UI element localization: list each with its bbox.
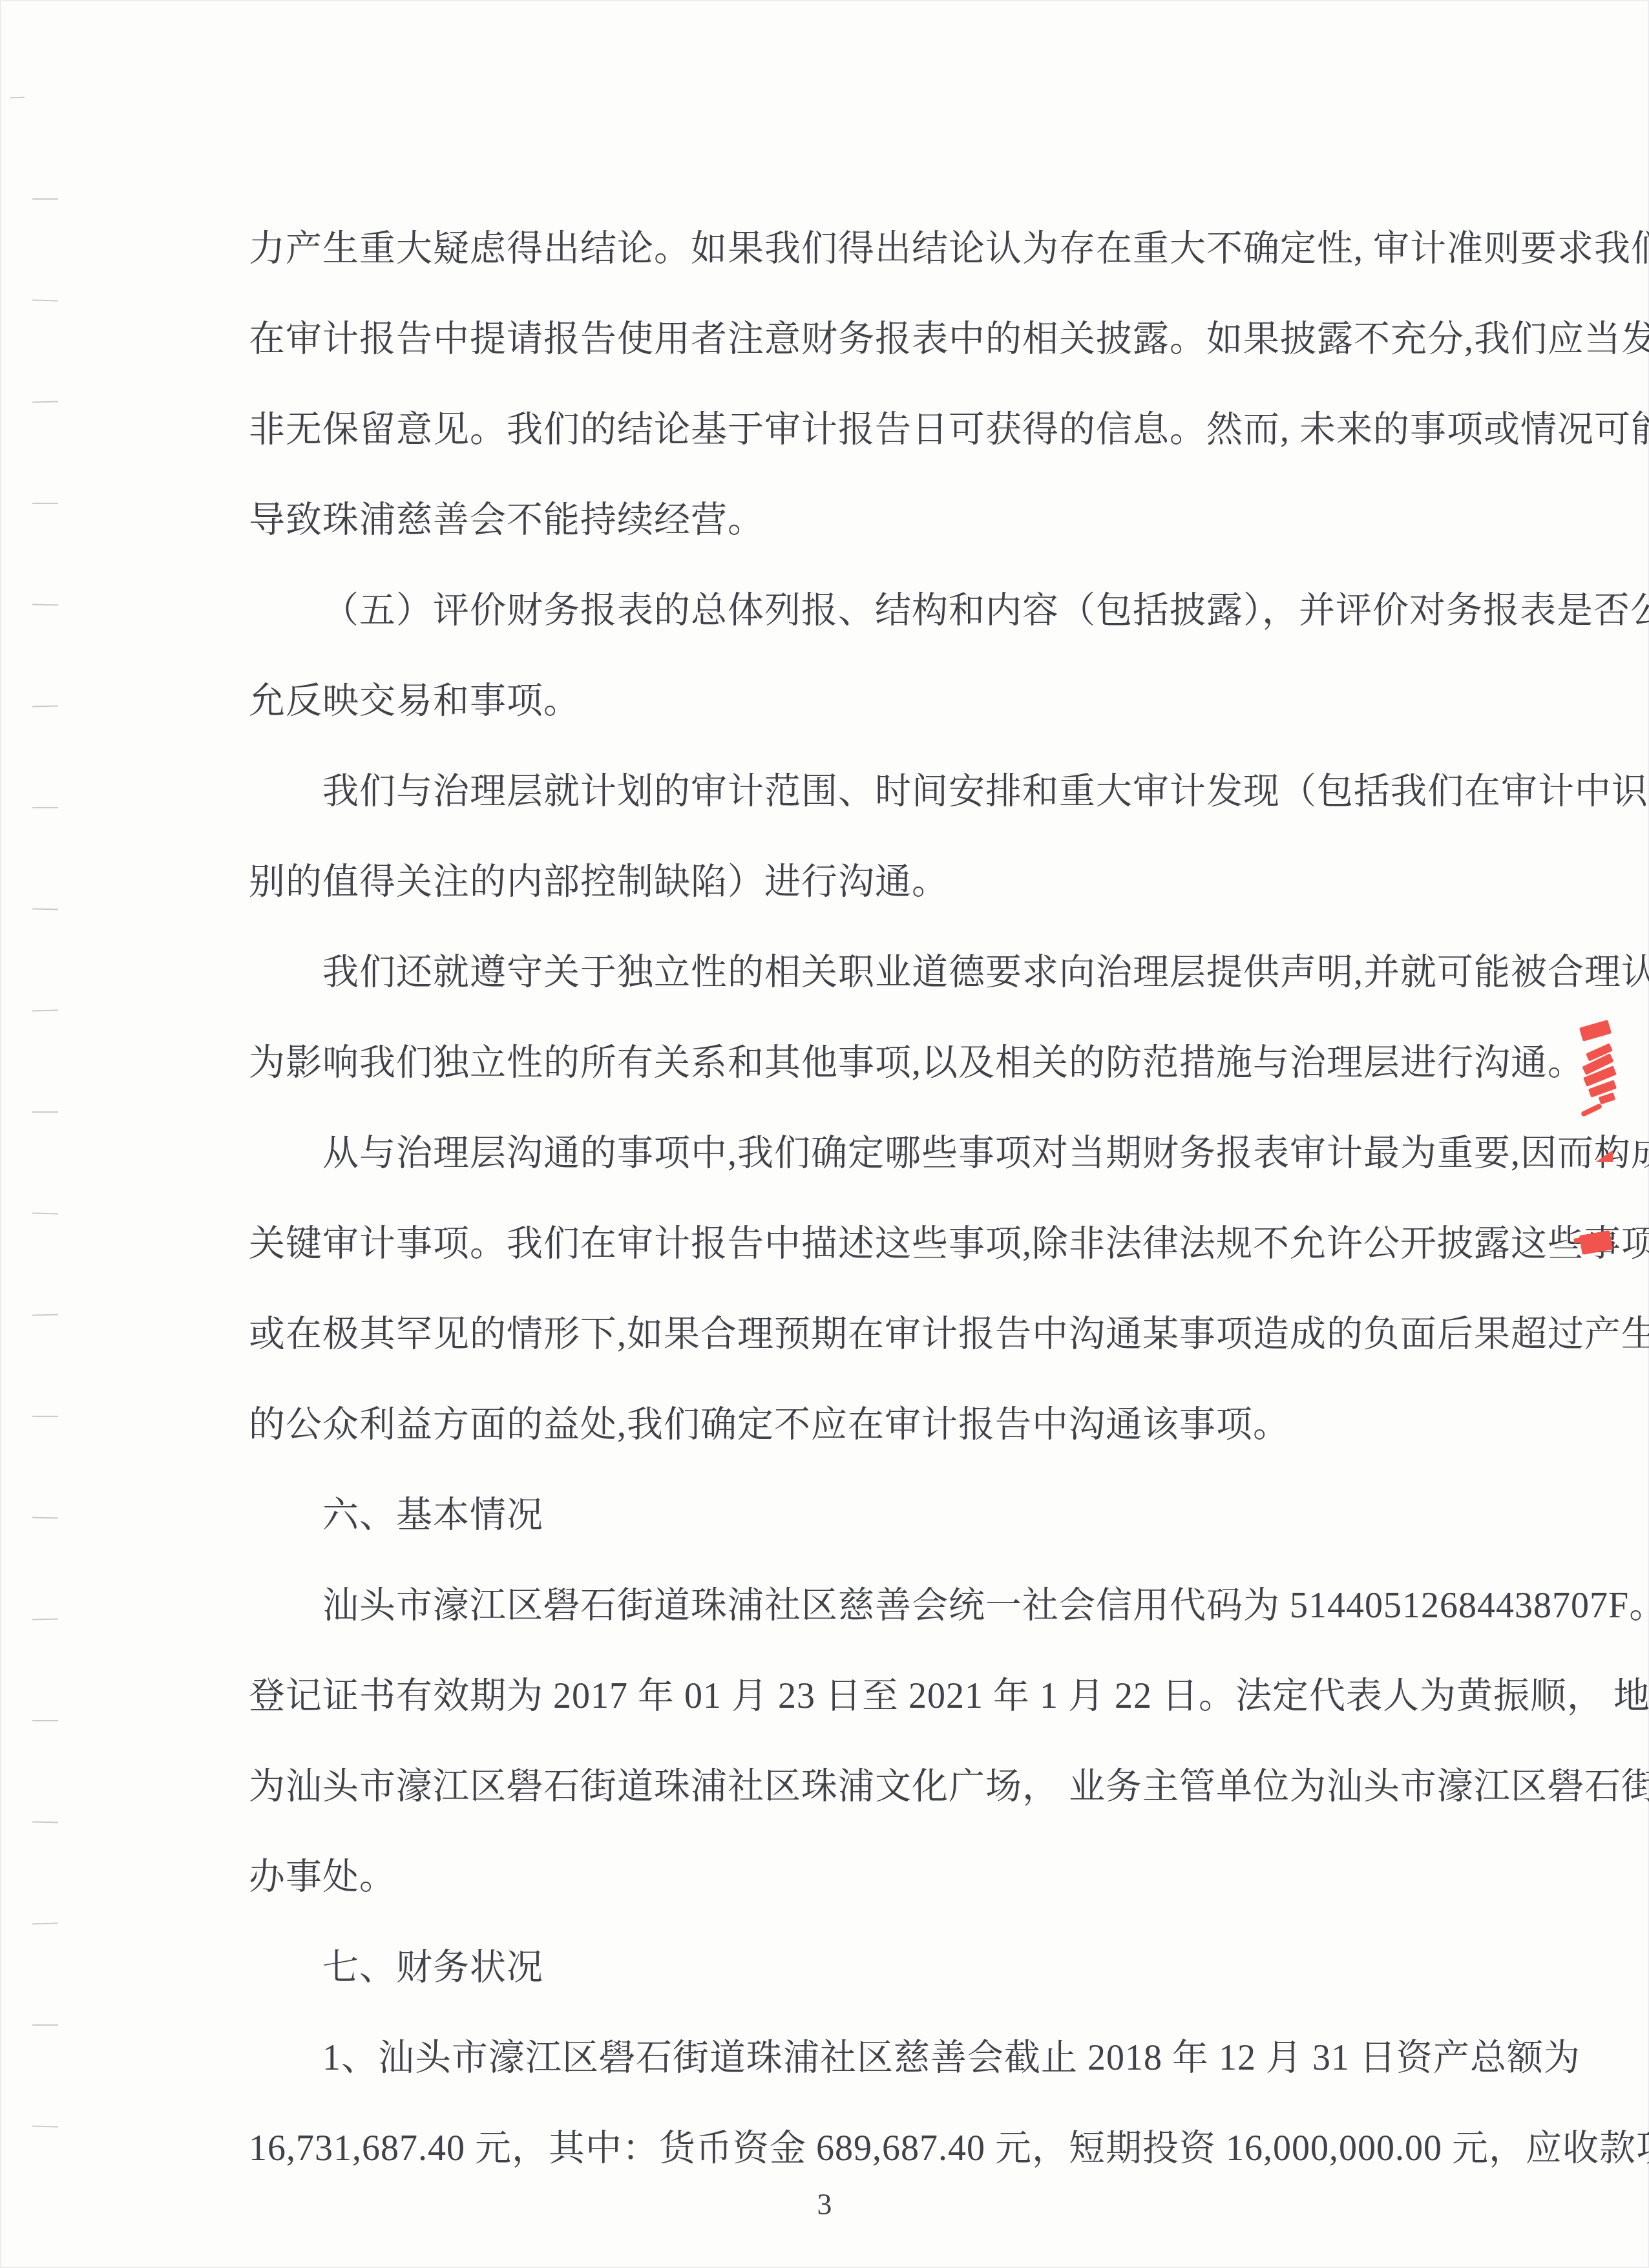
body-line: 允反映交易和事项。 — [249, 656, 1499, 746]
body-line: 汕头市濠江区礐石街道珠浦社区慈善会统一社会信用代码为 5144051268443… — [249, 1560, 1499, 1651]
binding-mark — [32, 2024, 58, 2026]
binding-mark — [32, 1009, 58, 1011]
body-line: 1、汕头市濠江区礐石街道珠浦社区慈善会截止 2018 年 12 月 31 日资产… — [249, 2013, 1499, 2103]
body-line: 或在极其罕见的情形下,如果合理预期在审计报告中沟通某事项造成的负面后果超过产生 — [249, 1289, 1499, 1380]
binding-mark — [32, 1212, 58, 1214]
body-line: 导致珠浦慈善会不能持续经营。 — [249, 475, 1499, 565]
body-line: 为汕头市濠江区礐石街道珠浦社区珠浦文化广场， 业务主管单位为汕头市濠江区礐石街道 — [249, 1741, 1499, 1832]
body-line: 我们与治理层就计划的审计范围、时间安排和重大审计发现（包括我们在审计中识 — [249, 746, 1499, 837]
binding-mark — [32, 1821, 58, 1823]
binding-mark — [32, 604, 58, 605]
body-line: 的公众利益方面的益处,我们确定不应在审计报告中沟通该事项。 — [249, 1380, 1499, 1470]
binding-mark — [32, 1416, 58, 1417]
binding-mark — [32, 705, 58, 707]
binding-mark — [32, 1517, 58, 1518]
body-line: 关键审计事项。我们在审计报告中描述这些事项,除非法律法规不允许公开披露这些事项, — [249, 1199, 1499, 1289]
stamp-fragment-icon — [1579, 1020, 1612, 1042]
body-line: （五）评价财务报表的总体列报、结构和内容（包括披露），并评价对务报表是否公 — [249, 565, 1499, 656]
binding-mark — [32, 1314, 58, 1316]
body-line: 16,731,687.40 元，其中：货币资金 689,687.40 元，短期投… — [249, 2103, 1499, 2194]
body-line: 非无保留意见。我们的结论基于审计报告日可获得的信息。然而, 未来的事项或情况可能 — [249, 384, 1499, 475]
document-body: 力产生重大疑虑得出结论。如果我们得出结论认为存在重大不确定性, 审计准则要求我们… — [249, 204, 1499, 2194]
body-line: 办事处。 — [249, 1832, 1499, 1922]
binding-mark — [32, 1720, 58, 1721]
body-line: 登记证书有效期为 2017 年 01 月 23 日至 2021 年 1 月 22… — [249, 1651, 1499, 1741]
document-page: 力产生重大疑虑得出结论。如果我们得出结论认为存在重大不确定性, 审计准则要求我们… — [0, 0, 1649, 2268]
binding-mark — [32, 198, 58, 200]
stamp-fragment-icon — [1573, 1237, 1581, 1244]
page-number: 3 — [0, 2187, 1649, 2221]
body-line: 六、基本情况 — [249, 1470, 1499, 1560]
body-line: 力产生重大疑虑得出结论。如果我们得出结论认为存在重大不确定性, 审计准则要求我们 — [249, 204, 1499, 294]
binding-mark — [32, 908, 58, 910]
body-line: 七、财务状况 — [249, 1922, 1499, 2013]
body-line: 为影响我们独立性的所有关系和其他事项,以及相关的防范措施与治理层进行沟通。 — [249, 1018, 1499, 1108]
body-line: 从与治理层沟通的事项中,我们确定哪些事项对当期财务报表审计最为重要,因而构成 — [249, 1108, 1499, 1199]
stamp-fragment-icon — [1582, 1047, 1615, 1106]
binding-mark — [32, 1618, 58, 1620]
body-line: 别的值得关注的内部控制缺陷）进行沟通。 — [249, 837, 1499, 927]
body-line: 我们还就遵守关于独立性的相关职业道德要求向治理层提供声明,并就可能被合理认 — [249, 927, 1499, 1018]
binding-mark — [32, 807, 58, 808]
binding-mark — [32, 401, 58, 403]
binding-mark — [32, 1922, 58, 1924]
body-line: 在审计报告中提请报告使用者注意财务报表中的相关披露。如果披露不充分,我们应当发表 — [249, 294, 1499, 384]
binding-mark — [32, 2125, 58, 2127]
binding-mark — [32, 299, 58, 301]
binding-mark — [10, 97, 25, 99]
binding-mark — [32, 503, 58, 504]
binding-mark — [32, 1111, 58, 1113]
